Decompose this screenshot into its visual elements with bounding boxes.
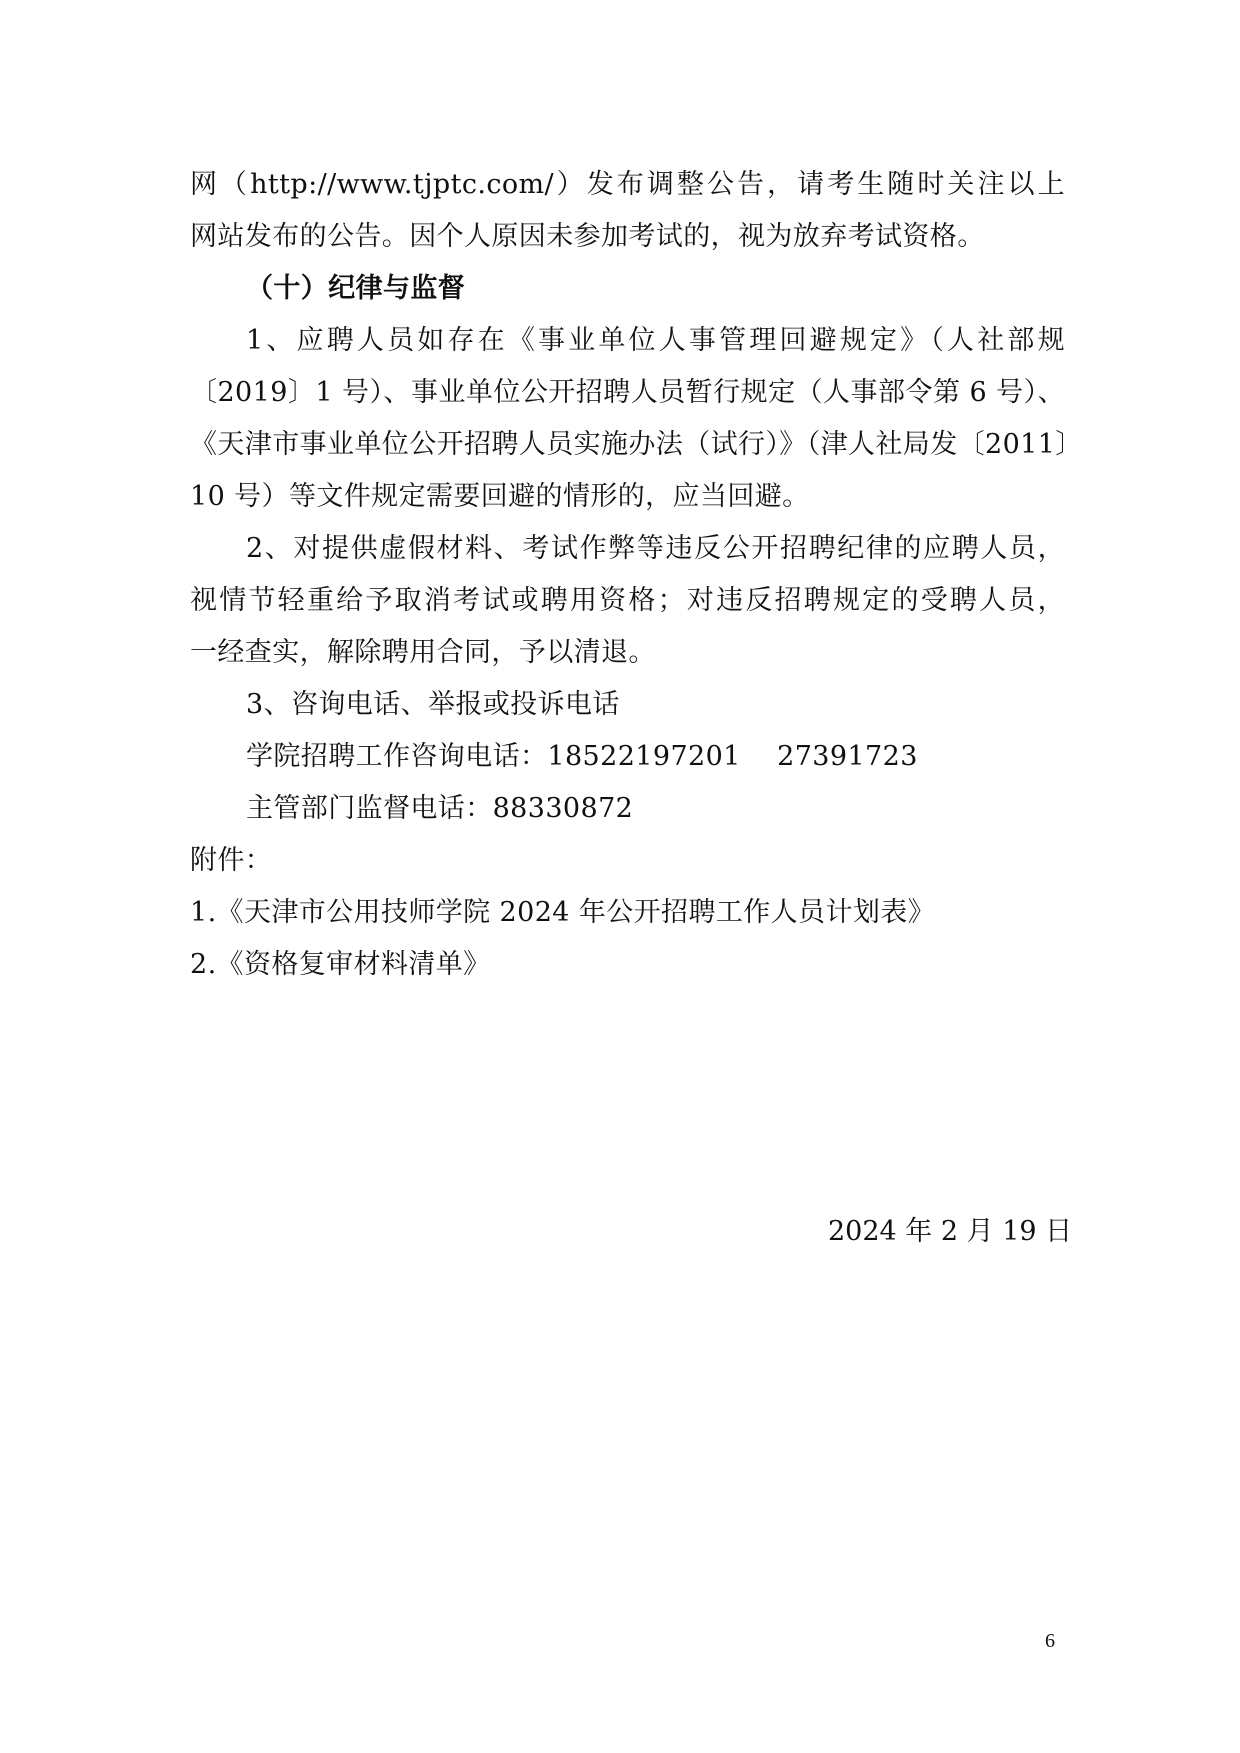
- supervise-phone-line: 主管部门监督电话：88330872: [190, 783, 1065, 835]
- item-1-line-1: 1、应聘人员如存在《事业单位人事管理回避规定》（人社部规: [190, 315, 1065, 367]
- item-2-line-2: 视情节轻重给予取消考试或聘用资格；对违反招聘规定的受聘人员，: [190, 575, 1065, 627]
- document-page: 网（http://www.tjptc.com/）发布调整公告，请考生随时关注以上…: [0, 0, 1240, 1753]
- attachments-label: 附件：: [190, 835, 1065, 887]
- notice-line-2: 网站发布的公告。因个人原因未参加考试的，视为放弃考试资格。: [190, 211, 1065, 263]
- document-body: 网（http://www.tjptc.com/）发布调整公告，请考生随时关注以上…: [190, 159, 1065, 991]
- item-3-title: 3、咨询电话、举报或投诉电话: [190, 679, 1065, 731]
- notice-line-1: 网（http://www.tjptc.com/）发布调整公告，请考生随时关注以上: [190, 159, 1065, 211]
- item-1-line-2: 〔2019〕1 号）、事业单位公开招聘人员暂行规定（人事部令第 6 号）、: [190, 367, 1065, 419]
- attachment-item-1: 1.《天津市公用技师学院 2024 年公开招聘工作人员计划表》: [190, 887, 1065, 939]
- item-1-line-4: 10 号）等文件规定需要回避的情形的，应当回避。: [190, 471, 1065, 523]
- item-2-line-3: 一经查实，解除聘用合同，予以清退。: [190, 627, 1065, 679]
- item-1-line-3: 《天津市事业单位公开招聘人员实施办法（试行）》（津人社局发〔2011〕: [190, 419, 1065, 471]
- consult-phone-line: 学院招聘工作咨询电话：18522197201 27391723: [190, 731, 1065, 783]
- item-2-line-1: 2、对提供虚假材料、考试作弊等违反公开招聘纪律的应聘人员，: [190, 523, 1065, 575]
- document-date: 2024 年 2 月 19 日: [828, 1206, 1058, 1258]
- section-heading: （十）纪律与监督: [190, 263, 1065, 315]
- page-number: 6: [1030, 1626, 1070, 1656]
- attachment-item-2: 2.《资格复审材料清单》: [190, 939, 1065, 991]
